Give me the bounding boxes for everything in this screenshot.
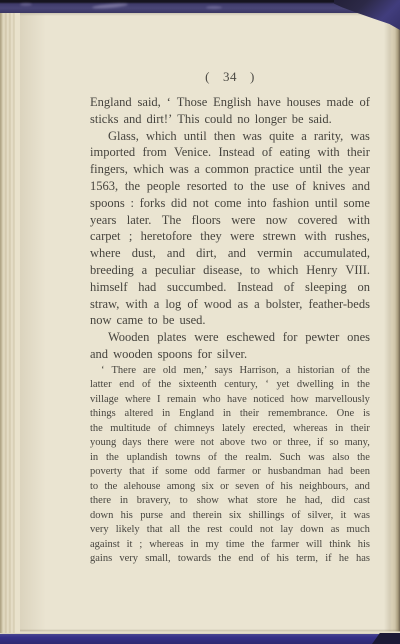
text-line: ‘Thereareoldmen,’saysHarrison,ahistorian… (90, 364, 370, 379)
cover-stain-bottom-right (372, 633, 400, 644)
paragraph: ‘Thereareoldmen,’saysHarrison,ahistorian… (90, 364, 370, 567)
page-content: (34) Englandsaid,‘ThoseEnglishhavehouses… (90, 70, 370, 567)
text-line: downhispurseandthereinsixshillingsofsilv… (90, 509, 370, 524)
cover-scuff-mark (20, 3, 32, 6)
page-stack-edges (0, 12, 20, 634)
page-number-value: 34 (223, 69, 237, 84)
text-line: sticksanddirt!’Thiscouldnolongerbesaid. (90, 111, 370, 128)
text-block: Englandsaid,‘ThoseEnglishhavehousesmadeo… (90, 94, 370, 567)
page-right-edge (384, 12, 400, 634)
text-line: gainsverysmall,towardstheendofhisterm,if… (90, 552, 370, 567)
text-line: youngdaystherewerenotabovetwoorthree,ifs… (90, 436, 370, 451)
text-line: breedingapeculiardisease,towhichHenryVII… (90, 262, 370, 279)
text-line: nowcametobeused. (90, 312, 370, 329)
page-number-open-paren: ( (205, 69, 210, 84)
text-line: wheredust,anddirt,andverminaccumulated, (90, 245, 370, 262)
book-cover-bottom-edge (0, 633, 400, 644)
page-spine-shadow (20, 12, 46, 634)
text-line: yearslater.Thefloorswerenowcoveredwith (90, 212, 370, 229)
text-line: verylikelythatalltherestcouldnotlaydowna… (90, 523, 370, 538)
cover-scuff-mark (206, 6, 222, 9)
text-line: villagewhereIremainwhohavenoticedhowmarv… (90, 393, 370, 408)
paragraph: Glass,whichuntilthenwasquiteararity,wasi… (90, 128, 370, 330)
paragraph: Woodenplateswereeschewedforpewteronesand… (90, 329, 370, 363)
text-line: 1563,thepeopleresortedtotheuseofknivesan… (90, 178, 370, 195)
text-line: fingers,whichwasacommonpracticeuntilthey… (90, 161, 370, 178)
book-page-photo: (34) Englandsaid,‘ThoseEnglishhavehouses… (0, 0, 400, 644)
page-number-close-paren: ) (250, 69, 255, 84)
text-line: Glass,whichuntilthenwasquiteararity,was (90, 128, 370, 145)
text-line: straw,withalogofwoodasabolster,feather-b… (90, 296, 370, 313)
text-line: themultitudeofchimneyslatelyerected,wher… (90, 422, 370, 437)
text-line: povertythatifsomeoddfarmerorhusbandmanha… (90, 465, 370, 480)
text-line: Woodenplateswereeschewedforpewterones (90, 329, 370, 346)
text-line: andwoodenspoonsforsilver. (90, 346, 370, 363)
page-number: (34) (90, 70, 370, 84)
text-line: carpet;heretoforetheywerestrewnwithrushe… (90, 228, 370, 245)
text-line: Englandsaid,‘ThoseEnglishhavehousesmadeo… (90, 94, 370, 111)
book-page: (34) Englandsaid,‘ThoseEnglishhavehouses… (20, 12, 400, 634)
text-line: intheuplandishtownsoftherealm.Suchwasals… (90, 451, 370, 466)
text-line: thereinbravery,toshowwhatstorehehad,didc… (90, 494, 370, 509)
text-line: himselfhadsuccumbed.Insteadofsleepingon (90, 279, 370, 296)
text-line: latterendofthesixteenthcentury,‘yetdwell… (90, 378, 370, 393)
text-line: againstit;whereasinmytimethefarmerwillth… (90, 538, 370, 553)
text-line: tothealehouseamongsixorsevenofhisneighbo… (90, 480, 370, 495)
text-line: spoons:forksdidnotcomeintofashionuntilso… (90, 195, 370, 212)
text-line: importedfromVenice.Insteadofeatingwithth… (90, 144, 370, 161)
cover-scuff-mark (92, 2, 128, 9)
paragraph: Englandsaid,‘ThoseEnglishhavehousesmadeo… (90, 94, 370, 128)
text-line: thingsalteredinEnglandintheirremembrance… (90, 407, 370, 422)
